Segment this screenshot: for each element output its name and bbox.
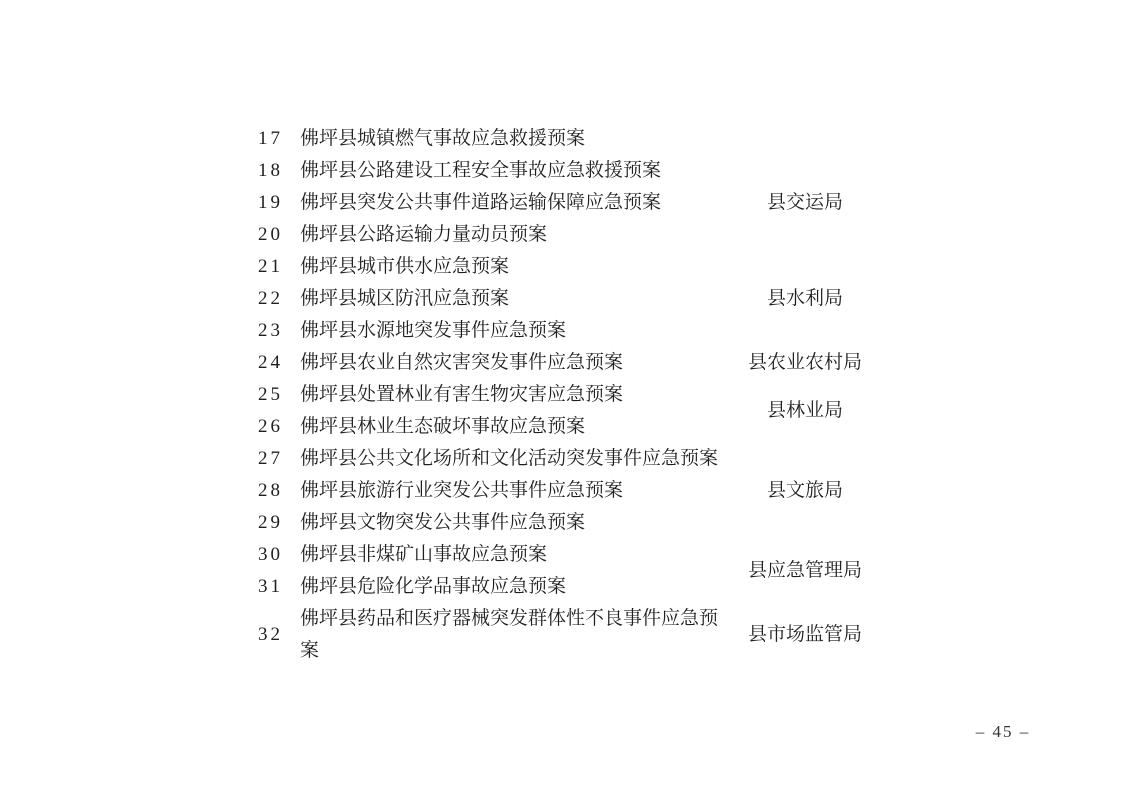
table-row: 17佛坪县城镇燃气事故应急救援预案	[258, 123, 885, 155]
table-row: 21佛坪县城市供水应急预案	[258, 251, 885, 283]
plan-name: 佛坪县城区防汛应急预案	[300, 283, 725, 315]
plan-name: 佛坪县公路建设工程安全事故应急救援预案	[300, 155, 725, 187]
department-cell	[725, 251, 885, 283]
row-number: 17	[258, 123, 300, 155]
table-row: 30佛坪县非煤矿山事故应急预案县应急管理局	[258, 539, 885, 571]
plan-name: 佛坪县城市供水应急预案	[300, 251, 725, 283]
plans-table-body: 17佛坪县城镇燃气事故应急救援预案18佛坪县公路建设工程安全事故应急救援预案19…	[258, 123, 885, 667]
department-label: 县农业农村局	[725, 347, 885, 379]
document-page: 17佛坪县城镇燃气事故应急救援预案18佛坪县公路建设工程安全事故应急救援预案19…	[0, 0, 1122, 812]
row-number: 28	[258, 475, 300, 507]
department-cell	[725, 315, 885, 347]
plan-name: 佛坪县农业自然灾害突发事件应急预案	[300, 347, 725, 379]
row-number: 27	[258, 443, 300, 475]
table-row: 18佛坪县公路建设工程安全事故应急救援预案	[258, 155, 885, 187]
row-number: 22	[258, 283, 300, 315]
department-cell	[725, 507, 885, 539]
plan-name: 佛坪县处置林业有害生物灾害应急预案	[300, 379, 725, 411]
table-row: 27佛坪县公共文化场所和文化活动突发事件应急预案	[258, 443, 885, 475]
table-row: 28佛坪县旅游行业突发公共事件应急预案县文旅局	[258, 475, 885, 507]
department-cell	[725, 123, 885, 155]
plan-name: 佛坪县危险化学品事故应急预案	[300, 571, 725, 603]
department-cell	[725, 443, 885, 475]
row-number: 30	[258, 539, 300, 571]
plans-list-section: 17佛坪县城镇燃气事故应急救援预案18佛坪县公路建设工程安全事故应急救援预案19…	[258, 123, 885, 667]
plan-name: 佛坪县文物突发公共事件应急预案	[300, 507, 725, 539]
plan-name: 佛坪县非煤矿山事故应急预案	[300, 539, 725, 571]
plan-name: 佛坪县水源地突发事件应急预案	[300, 315, 725, 347]
department-label: 县文旅局	[725, 475, 885, 507]
row-number: 25	[258, 379, 300, 411]
row-number: 26	[258, 411, 300, 443]
table-row: 23佛坪县水源地突发事件应急预案	[258, 315, 885, 347]
row-number: 29	[258, 507, 300, 539]
plan-name: 佛坪县城镇燃气事故应急救援预案	[300, 123, 725, 155]
table-row: 20佛坪县公路运输力量动员预案	[258, 219, 885, 251]
department-label: 县市场监管局	[725, 603, 885, 667]
plans-table: 17佛坪县城镇燃气事故应急救援预案18佛坪县公路建设工程安全事故应急救援预案19…	[258, 123, 885, 667]
plan-name: 佛坪县药品和医疗器械突发群体性不良事件应急预案	[300, 603, 725, 667]
department-cell	[725, 219, 885, 251]
row-number: 19	[258, 187, 300, 219]
row-number: 21	[258, 251, 300, 283]
plan-name: 佛坪县旅游行业突发公共事件应急预案	[300, 475, 725, 507]
department-label: 县交运局	[725, 187, 885, 219]
plan-name: 佛坪县突发公共事件道路运输保障应急预案	[300, 187, 725, 219]
table-row: 24佛坪县农业自然灾害突发事件应急预案县农业农村局	[258, 347, 885, 379]
row-number: 32	[258, 603, 300, 667]
table-row: 22佛坪县城区防汛应急预案县水利局	[258, 283, 885, 315]
table-row: 29佛坪县文物突发公共事件应急预案	[258, 507, 885, 539]
department-label: 县水利局	[725, 283, 885, 315]
plan-name: 佛坪县公路运输力量动员预案	[300, 219, 725, 251]
row-number: 31	[258, 571, 300, 603]
department-cell	[725, 155, 885, 187]
row-number: 24	[258, 347, 300, 379]
table-row: 32佛坪县药品和医疗器械突发群体性不良事件应急预案县市场监管局	[258, 603, 885, 667]
row-number: 20	[258, 219, 300, 251]
department-label: 县应急管理局	[725, 539, 885, 603]
department-label: 县林业局	[725, 379, 885, 443]
table-row: 25佛坪县处置林业有害生物灾害应急预案县林业局	[258, 379, 885, 411]
page-number: – 45 –	[958, 722, 1048, 742]
table-row: 19佛坪县突发公共事件道路运输保障应急预案县交运局	[258, 187, 885, 219]
row-number: 18	[258, 155, 300, 187]
plan-name: 佛坪县林业生态破坏事故应急预案	[300, 411, 725, 443]
plan-name: 佛坪县公共文化场所和文化活动突发事件应急预案	[300, 443, 725, 475]
row-number: 23	[258, 315, 300, 347]
